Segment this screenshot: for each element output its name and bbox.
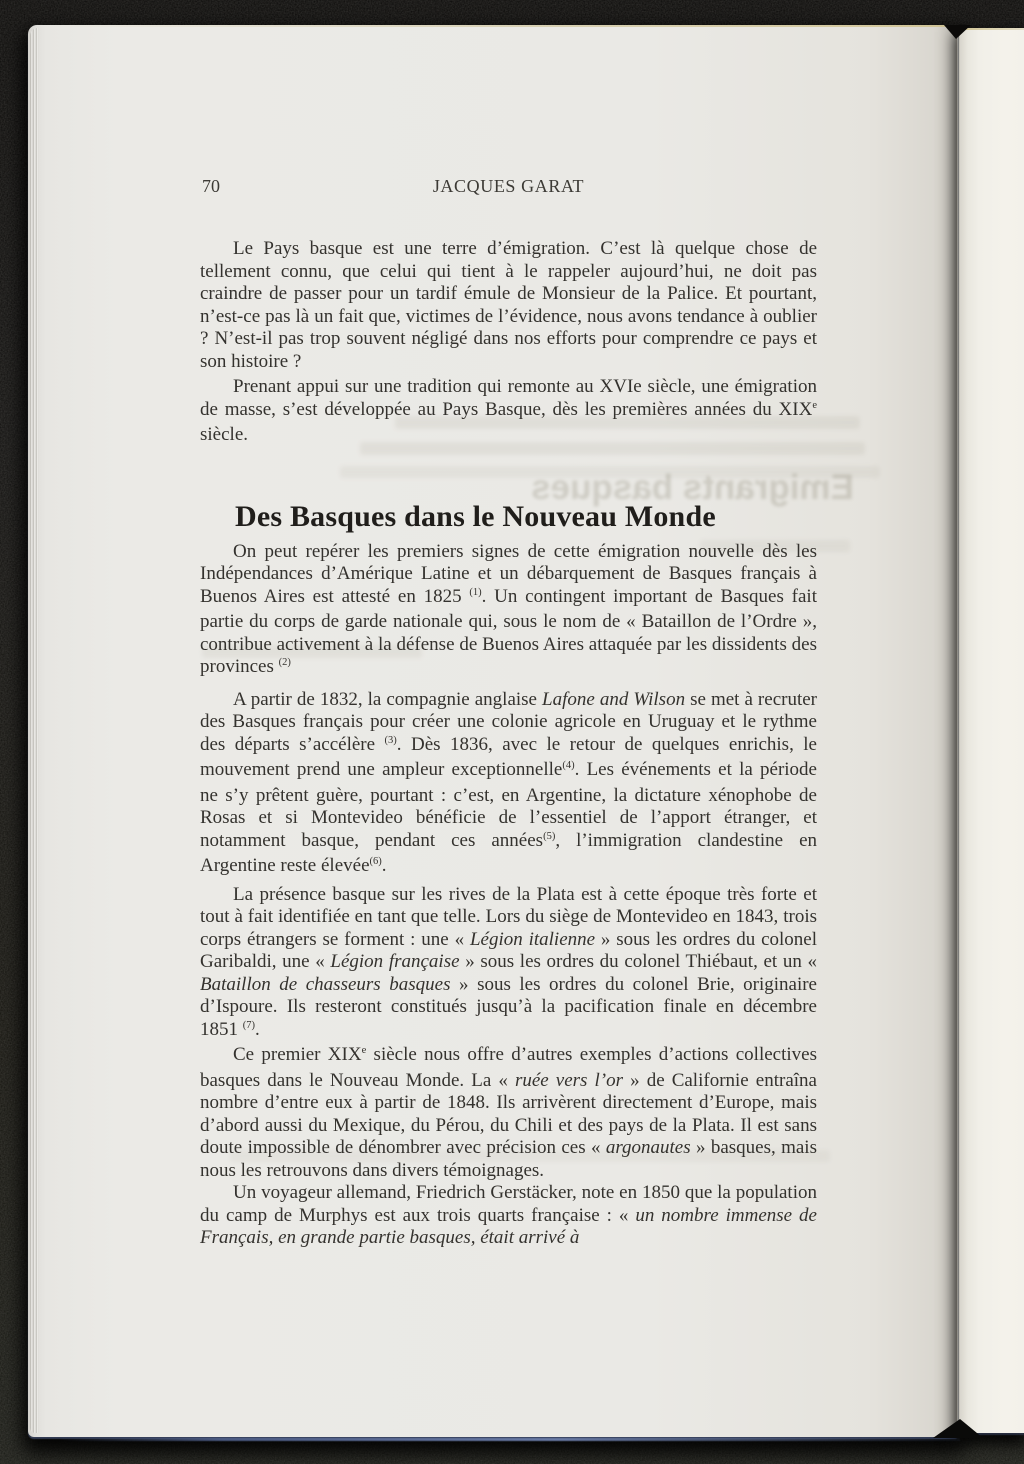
- text-run: Prenant appui sur une tradition qui remo…: [200, 376, 817, 420]
- paragraph: A partir de 1832, la compagnie anglaise …: [200, 689, 817, 881]
- text-run: Le Pays basque est une terre d’émigratio…: [200, 238, 817, 372]
- gutter-shadow-top: [944, 25, 971, 39]
- paragraph: On peut repérer les premiers signes de c…: [200, 541, 817, 682]
- italic-phrase: ruée vers l’or: [515, 1070, 623, 1091]
- italic-phrase: Légion française: [330, 951, 459, 972]
- footnote-marker: e: [812, 400, 817, 411]
- footnote-marker: e: [362, 1045, 367, 1056]
- page-bottom-edge-highlight: [60, 1438, 960, 1441]
- italic-phrase: Lafone and Wilson: [542, 689, 685, 710]
- gutter-crease: [955, 27, 960, 1435]
- body-text-column: Le Pays basque est une terre d’émigratio…: [200, 238, 817, 1253]
- text-run: A partir de 1832, la compagnie anglaise: [233, 689, 542, 710]
- paragraph: La présence basque sur les rives de la P…: [200, 884, 817, 1045]
- text-run: Ce premier XIX: [233, 1044, 362, 1065]
- text-run: .: [382, 855, 387, 876]
- footnote-marker: (4): [562, 760, 574, 771]
- footnote-marker: (1): [469, 587, 481, 598]
- section-heading: Des Basques dans le Nouveau Monde: [200, 502, 817, 532]
- italic-phrase: Bataillon de chasseurs basques: [200, 974, 450, 995]
- text-run: » sous les ordres du colonel Thiébaut, e…: [460, 951, 817, 972]
- text-run: .: [255, 1019, 260, 1040]
- footnote-marker: (3): [385, 735, 397, 746]
- running-header: 70 JACQUES GARAT: [200, 176, 817, 198]
- gutter-shadow-bottom: [933, 1419, 983, 1438]
- scanned-book-spread: Emigrants basques 70 JACQUES GARAT Le Pa…: [0, 0, 1024, 1464]
- page-number: 70: [202, 176, 220, 196]
- paragraph: Ce premier XIXe siècle nous offre d’autr…: [200, 1044, 817, 1182]
- paragraph: Prenant appui sur une tradition qui remo…: [200, 376, 817, 447]
- footnote-marker: (5): [543, 831, 555, 842]
- italic-phrase: argonautes: [606, 1137, 691, 1158]
- italic-phrase: Légion italienne: [470, 929, 595, 950]
- footnote-marker: (6): [370, 856, 382, 867]
- book-right-page-edge: [959, 28, 1024, 1433]
- paragraph: Le Pays basque est une terre d’émigratio…: [200, 238, 817, 373]
- running-title: JACQUES GARAT: [200, 176, 817, 196]
- text-run: siècle.: [200, 424, 248, 445]
- footnote-marker: (7): [243, 1020, 255, 1031]
- footnote-marker: (2): [279, 657, 291, 668]
- paragraph: Un voyageur allemand, Friedrich Gerstäck…: [200, 1182, 817, 1250]
